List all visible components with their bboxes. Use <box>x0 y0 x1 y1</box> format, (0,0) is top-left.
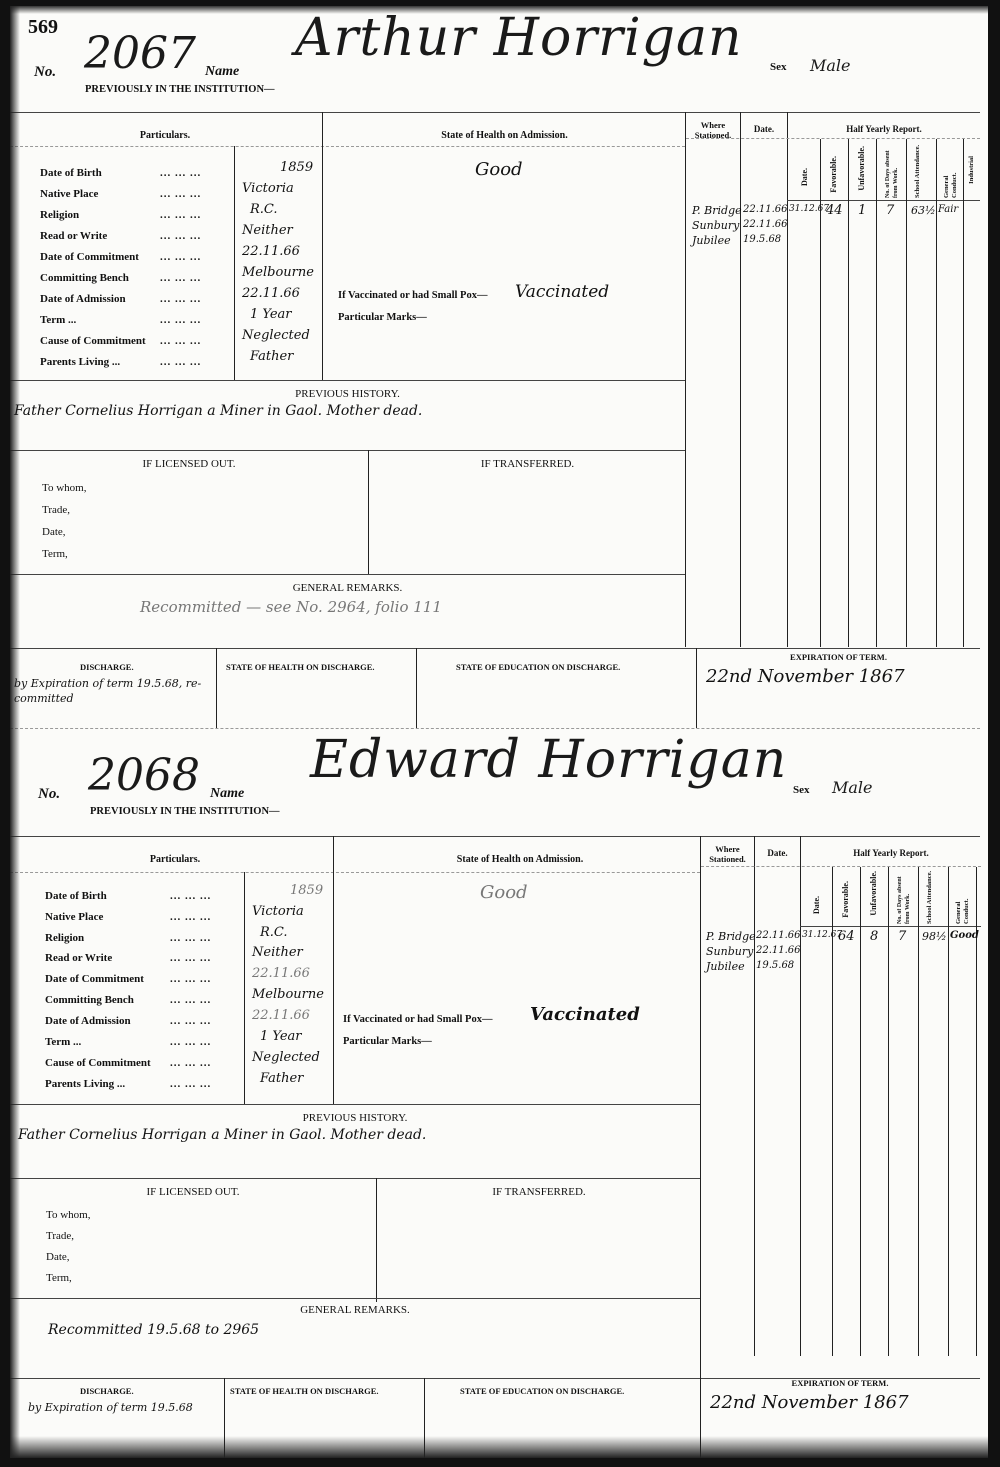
vaccinated-label: If Vaccinated or had Small Pox— <box>338 290 487 301</box>
value-committing-bench: Melbourne <box>242 265 314 280</box>
health-admission-value: Good <box>475 159 523 180</box>
leader-dots: ... ... ... <box>170 890 211 902</box>
field-cause-of-commitment: Cause of Commitment <box>40 335 146 347</box>
field-date-of-admission: Date of Admission <box>40 293 126 305</box>
hy-days-absent: 7 <box>898 929 906 944</box>
hy-col-industrial: Industrial <box>968 156 976 184</box>
field-religion: Religion <box>45 932 84 944</box>
no-label: No. <box>38 786 60 803</box>
stationed-date: 19.5.68 <box>743 234 781 245</box>
value-date-of-admission: 22.11.66 <box>252 1008 310 1023</box>
field-term: Term, <box>42 548 68 560</box>
record-number: 2067 <box>84 28 196 79</box>
field-committing-bench: Committing Bench <box>45 994 134 1006</box>
hy-general-conduct: Good <box>950 930 979 941</box>
register-page: 569 No. 2067 Name Arthur Horrigan Sex Ma… <box>10 6 988 1458</box>
sex-label: Sex <box>793 784 810 796</box>
leader-dots: ... ... ... <box>160 188 201 200</box>
transferred-header: IF TRANSFERRED. <box>370 458 685 470</box>
stationed-place: P. Bridge <box>692 204 742 217</box>
general-remarks-header: GENERAL REMARKS. <box>10 1304 700 1316</box>
hy-col-days-absent: No. of Days absent from Work. <box>884 142 902 198</box>
vaccinated-label: If Vaccinated or had Small Pox— <box>343 1014 492 1025</box>
stationed-place: P. Bridge <box>706 930 756 943</box>
licensed-out-header: IF LICENSED OUT. <box>10 1186 376 1198</box>
field-read-or-write: Read or Write <box>45 952 112 964</box>
value-cause: Neglected <box>252 1050 320 1065</box>
field-term: Term ... <box>45 1036 81 1048</box>
previous-history-header: PREVIOUS HISTORY. <box>10 388 685 400</box>
particulars-header: Particulars. <box>10 854 340 865</box>
leader-dots: ... ... ... <box>160 356 201 368</box>
half-yearly-header: Half Yearly Report. <box>788 124 980 134</box>
health-discharge-header: STATE OF HEALTH ON DISCHARGE. <box>226 662 375 672</box>
value-date-of-birth: 1859 <box>290 883 323 898</box>
stationed-date: 19.5.68 <box>756 960 794 971</box>
name-label: Name <box>205 64 239 80</box>
leader-dots: ... ... ... <box>170 994 211 1006</box>
hy-school-attendance: 98½ <box>922 930 947 943</box>
field-date-of-birth: Date of Birth <box>40 167 102 179</box>
general-remarks-value: Recommitted — see No. 2964, folio 111 <box>140 598 442 616</box>
value-parents-living: Father <box>250 349 293 364</box>
particulars-header: Particulars. <box>10 130 320 141</box>
leader-dots: ... ... ... <box>160 314 201 326</box>
value-committing-bench: Melbourne <box>252 987 324 1002</box>
field-date: Date, <box>42 526 66 538</box>
value-religion: R.C. <box>260 925 288 940</box>
hy-col-favorable: Favorable. <box>842 881 850 918</box>
particular-marks-label: Particular Marks— <box>338 312 427 323</box>
stationed-place: Sunbury <box>692 219 739 232</box>
value-read-or-write: Neither <box>242 223 293 238</box>
education-discharge-header: STATE OF EDUCATION ON DISCHARGE. <box>460 1386 624 1396</box>
scan-shadow-bottom <box>10 1436 988 1458</box>
hy-col-unfavorable: Unfavorable. <box>858 146 866 191</box>
field-native-place: Native Place <box>45 911 103 923</box>
leader-dots: ... ... ... <box>170 1078 211 1090</box>
scan-shadow-top <box>10 6 988 14</box>
value-term: 1 Year <box>250 307 292 322</box>
field-trade: Trade, <box>42 504 70 516</box>
expiration-header: EXPIRATION OF TERM. <box>696 652 981 662</box>
stationed-date: 22.11.66 <box>743 204 788 215</box>
leader-dots: ... ... ... <box>170 1036 211 1048</box>
hy-col-favorable: Favorable. <box>830 156 838 193</box>
general-remarks-header: GENERAL REMARKS. <box>10 582 685 594</box>
field-read-or-write: Read or Write <box>40 230 107 242</box>
leader-dots: ... ... ... <box>160 230 201 242</box>
hy-unfavorable: 1 <box>858 203 866 218</box>
leader-dots: ... ... ... <box>160 251 201 263</box>
stationed-place: Jubilee <box>706 960 745 973</box>
discharge-header: DISCHARGE. <box>80 1386 134 1396</box>
vaccinated-value: Vaccinated <box>515 282 609 302</box>
stationed-place: Sunbury <box>706 945 753 958</box>
general-remarks-value: Recommitted 19.5.68 to 2965 <box>48 1322 259 1338</box>
value-parents-living: Father <box>260 1071 303 1086</box>
expiration-header: EXPIRATION OF TERM. <box>700 1378 980 1388</box>
hy-col-date: Date. <box>813 896 821 914</box>
record-number: 2068 <box>88 750 200 801</box>
transferred-header: IF TRANSFERRED. <box>378 1186 700 1198</box>
leader-dots: ... ... ... <box>160 293 201 305</box>
health-discharge-header: STATE OF HEALTH ON DISCHARGE. <box>230 1386 379 1396</box>
vaccinated-value: Vaccinated <box>530 1004 640 1025</box>
hy-school-attendance: 63½ <box>911 204 936 217</box>
discharge-header: DISCHARGE. <box>80 662 134 672</box>
page-number: 569 <box>28 16 58 39</box>
hy-days-absent: 7 <box>886 203 894 218</box>
date-header: Date. <box>741 124 787 134</box>
field-religion: Religion <box>40 209 79 221</box>
value-date-of-commitment: 22.11.66 <box>242 244 300 259</box>
no-label: No. <box>34 64 56 81</box>
field-date-of-admission: Date of Admission <box>45 1015 131 1027</box>
hy-col-general-conduct: General Conduct. <box>955 882 969 924</box>
leader-dots: ... ... ... <box>160 335 201 347</box>
education-discharge-header: STATE OF EDUCATION ON DISCHARGE. <box>456 662 620 672</box>
hy-general-conduct: Fair <box>938 204 958 215</box>
name-label: Name <box>210 786 244 802</box>
sex-value: Male <box>810 56 851 75</box>
value-date-of-commitment: 22.11.66 <box>252 966 310 981</box>
field-term: Term, <box>46 1272 72 1284</box>
value-native-place: Victoria <box>242 181 294 196</box>
licensed-out-header: IF LICENSED OUT. <box>10 458 368 470</box>
field-date: Date, <box>46 1251 70 1263</box>
leader-dots: ... ... ... <box>170 911 211 923</box>
value-native-place: Victoria <box>252 904 304 919</box>
health-admission-value: Good <box>480 882 528 903</box>
inmate-name: Arthur Horrigan <box>295 8 742 68</box>
particular-marks-label: Particular Marks— <box>343 1036 432 1047</box>
previous-history-header: PREVIOUS HISTORY. <box>10 1112 700 1124</box>
hy-date: 31.12.67 <box>789 204 829 214</box>
hy-favorable: 64 <box>838 929 855 944</box>
hy-favorable: 44 <box>826 203 843 218</box>
value-date-of-birth: 1859 <box>280 160 313 175</box>
previously-label: PREVIOUSLY IN THE INSTITUTION— <box>90 806 280 817</box>
leader-dots: ... ... ... <box>170 1015 211 1027</box>
date-header: Date. <box>755 848 800 858</box>
field-native-place: Native Place <box>40 188 98 200</box>
leader-dots: ... ... ... <box>160 209 201 221</box>
value-read-or-write: Neither <box>252 945 303 960</box>
value-cause: Neglected <box>242 328 310 343</box>
hy-col-school-attendance: School Attendance. <box>926 870 942 924</box>
field-cause-of-commitment: Cause of Commitment <box>45 1057 151 1069</box>
stationed-place: Jubilee <box>692 234 731 247</box>
discharge-value: by Expiration of term 19.5.68, re-commit… <box>14 676 214 706</box>
hy-col-days-absent: No. of Days absent from Work. <box>896 868 914 924</box>
field-trade: Trade, <box>46 1230 74 1242</box>
field-date-of-commitment: Date of Commitment <box>40 251 139 263</box>
previous-history-value: Father Cornelius Horrigan a Miner in Gao… <box>18 1127 426 1143</box>
field-to-whom: To whom, <box>42 482 86 494</box>
hy-unfavorable: 8 <box>870 929 878 944</box>
stationed-date: 22.11.66 <box>756 945 801 956</box>
leader-dots: ... ... ... <box>170 952 211 964</box>
stationed-date: 22.11.66 <box>756 930 801 941</box>
previously-label: PREVIOUSLY IN THE INSTITUTION— <box>85 84 275 95</box>
field-parents-living: Parents Living ... <box>45 1078 125 1090</box>
field-date-of-commitment: Date of Commitment <box>45 973 144 985</box>
sex-label: Sex <box>770 61 787 73</box>
leader-dots: ... ... ... <box>160 272 201 284</box>
value-religion: R.C. <box>250 202 278 217</box>
leader-dots: ... ... ... <box>170 973 211 985</box>
expiration-value: 22nd November 1867 <box>706 666 905 687</box>
leader-dots: ... ... ... <box>170 1057 211 1069</box>
hy-col-date: Date. <box>801 168 809 186</box>
health-admission-header: State of Health on Admission. <box>340 854 700 865</box>
hy-col-general-conduct: General Conduct. <box>943 156 957 198</box>
half-yearly-header: Half Yearly Report. <box>801 848 981 858</box>
scan-shadow-left <box>10 6 20 1458</box>
previous-history-value: Father Cornelius Horrigan a Miner in Gao… <box>14 403 422 419</box>
field-term: Term ... <box>40 314 76 326</box>
hy-col-unfavorable: Unfavorable. <box>870 871 878 916</box>
field-committing-bench: Committing Bench <box>40 272 129 284</box>
leader-dots: ... ... ... <box>160 167 201 179</box>
stationed-date: 22.11.66 <box>743 219 788 230</box>
discharge-value: by Expiration of term 19.5.68 <box>28 1400 223 1415</box>
expiration-value: 22nd November 1867 <box>710 1392 909 1413</box>
field-date-of-birth: Date of Birth <box>45 890 107 902</box>
where-stationed-header: Where Stationed. <box>701 844 754 864</box>
field-to-whom: To whom, <box>46 1209 90 1221</box>
sex-value: Male <box>832 778 873 797</box>
health-admission-header: State of Health on Admission. <box>322 130 687 141</box>
leader-dots: ... ... ... <box>170 932 211 944</box>
hy-col-school-attendance: School Attendance. <box>914 144 930 198</box>
where-stationed-header: Where Stationed. <box>686 120 740 140</box>
inmate-name: Edward Horrigan <box>310 730 787 790</box>
value-date-of-admission: 22.11.66 <box>242 286 300 301</box>
hy-date: 31.12.67 <box>802 930 842 940</box>
field-parents-living: Parents Living ... <box>40 356 120 368</box>
value-term: 1 Year <box>260 1029 302 1044</box>
